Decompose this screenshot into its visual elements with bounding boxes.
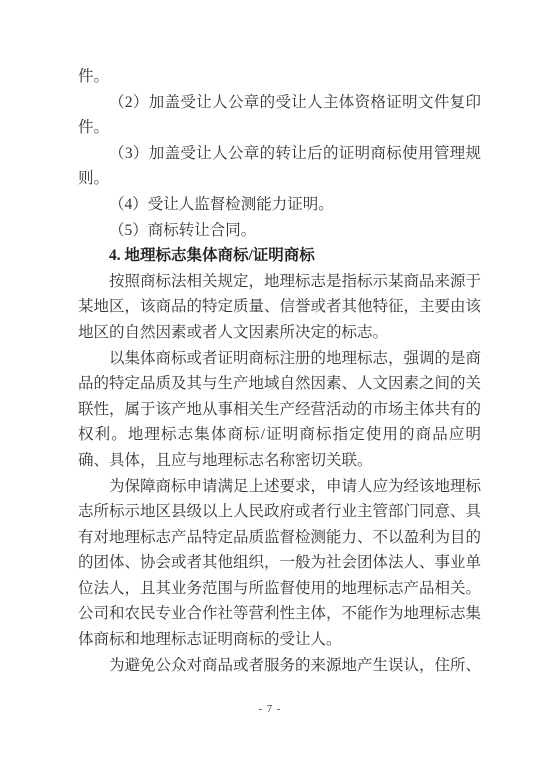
paragraph: （3）加盖受让人公章的转让后的证明商标使用管理规则。	[78, 141, 481, 192]
paragraph: 件。	[78, 64, 481, 90]
page-number: - 7 -	[0, 704, 540, 715]
paragraph: 4. 地理标志集体商标/证明商标	[78, 243, 481, 269]
paragraph: 按照商标法相关规定，地理标志是指标示某商品来源于某地区，该商品的特定质量、信誉或…	[78, 269, 481, 346]
paragraph: 为避免公众对商品或者服务的来源地产生误认，住所、	[78, 653, 481, 679]
paragraph: （4）受让人监督检测能力证明。	[78, 192, 481, 218]
document-body: 件。（2）加盖受让人公章的受让人主体资格证明文件复印件。（3）加盖受让人公章的转…	[78, 64, 481, 678]
paragraph: 以集体商标或者证明商标注册的地理标志，强调的是商品的特定品质及其与生产地域自然因…	[78, 346, 481, 474]
document-page: 件。（2）加盖受让人公章的受让人主体资格证明文件复印件。（3）加盖受让人公章的转…	[0, 0, 540, 764]
paragraph: 为保障商标申请满足上述要求，申请人应为经该地理标志所标示地区县级以上人民政府或者…	[78, 474, 481, 653]
paragraph: （5）商标转让合同。	[78, 218, 481, 244]
paragraph: （2）加盖受让人公章的受让人主体资格证明文件复印件。	[78, 90, 481, 141]
